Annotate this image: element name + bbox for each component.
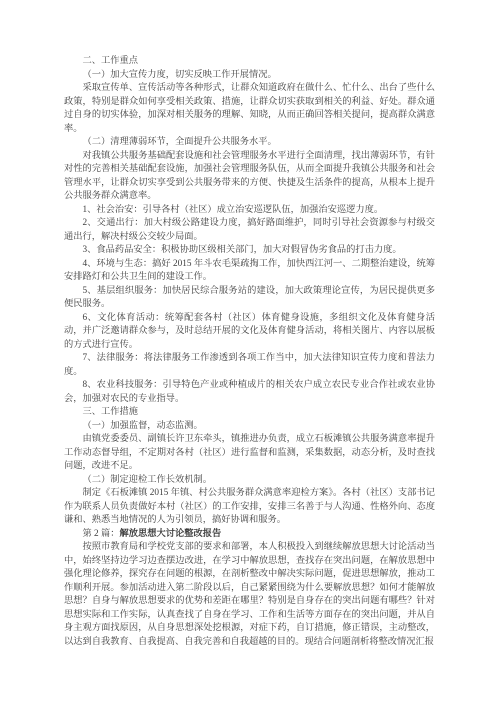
paragraph: 7、法律服务：将法律服务工作渗透到各项工作当中，加大法律知识宣传力度和普法力度。 [64, 352, 435, 379]
sub-heading: （二）清理薄弱环节，全面提升公共服务水平。 [64, 136, 435, 150]
paragraph: 8、农业科技服务：引导特色产业或种植成片的相关农户成立农民专业合作社或农业协会，… [64, 379, 435, 406]
sub-heading: （一）加大宣传力度，切实反映工作开展情况。 [64, 69, 435, 83]
section-heading: 三、工作措施 [64, 406, 435, 420]
part-title: 第 2 篇：解放思想大讨论整改报告 [64, 528, 435, 542]
paragraph: 由镇党委委员、副镇长许卫东牵头，镇推进办负责，成立石板滩镇公共服务满意率提升工作… [64, 433, 435, 474]
paragraph: 采取宣传单、宣传活动等各种形式，让群众知道政府在做什么、忙什么、出台了些什么政策… [64, 82, 435, 136]
part-title-prefix: 第 2 篇： [83, 529, 120, 539]
paragraph: 按照市教育局和学校党支部的要求和部署，本人积极投入到继续解放思想大讨论活动当中，… [64, 541, 435, 649]
paragraph: 6、文化体育活动：统筹配套各村（社区）体育健身设施，多组织文化及体育健身活动，并… [64, 312, 435, 353]
sub-heading: （一）加强监督，动态监测。 [64, 420, 435, 434]
paragraph: 1、社会治安：引导各村（社区）成立治安巡逻队伍，加强治安巡逻力度。 [64, 204, 435, 218]
document-page: 二、工作重点（一）加大宣传力度，切实反映工作开展情况。采取宣传单、宣传活动等各种… [0, 0, 500, 707]
paragraph: 4、环境与生态：搞好 2015 年斗农毛渠疏掏工作，加快西江河一、二期整治建设，… [64, 258, 435, 285]
paragraph: 5、基层组织服务：加快居民综合服务站的建设，加大政策理论宣传，为居民提供更多便民… [64, 285, 435, 312]
paragraph: 3、食品药品安全：积极协助区级相关部门，加大对假冒伪劣食品的打击力度。 [64, 244, 435, 258]
sub-heading: （二）制定迎检工作长效机制。 [64, 474, 435, 488]
section-heading: 二、工作重点 [64, 55, 435, 69]
part-title-text: 解放思想大讨论整改报告 [120, 529, 222, 539]
paragraph: 对我镇公共服务基础配套设施和社会管理服务水平进行全面清理，找出薄弱环节，有针对性… [64, 150, 435, 204]
paragraph: 制定《石板滩镇 2015 年镇、村公共服务群众满意率迎检方案》。各村（社区）支部… [64, 487, 435, 528]
paragraph: 2、交通出行：加大村级公路建设力度，搞好路面维护，同时引导社会资源参与村级交通出… [64, 217, 435, 244]
